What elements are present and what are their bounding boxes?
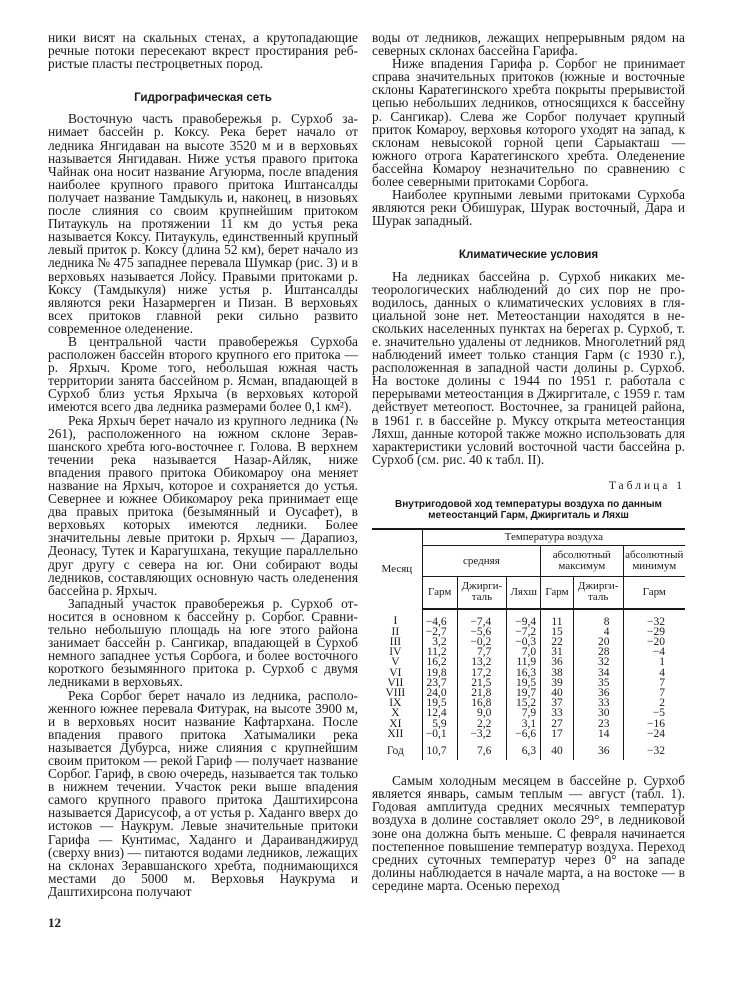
- cell-month: XII: [372, 729, 422, 739]
- paragraph: Река Сорбог берет начало из ледника, рас…: [48, 689, 358, 899]
- paragraph: Ниже впадения Гарифа р. Сорбог не приним…: [372, 57, 685, 188]
- paragraph: Самым холодным месяцем в бассейне р. Сур…: [372, 774, 685, 892]
- temperature-table: Месяц Температура воздуха средняя абсолю…: [372, 528, 685, 760]
- cell-mean-garm: 16,2: [422, 657, 457, 667]
- paragraph: Восточную часть правобережья р. Сурхоб з…: [48, 112, 358, 335]
- cell-mean-dzhirgital: 9,0: [457, 708, 507, 718]
- cell-max-garm: 17: [541, 729, 574, 739]
- cell-max-dzhirgital: 8: [573, 609, 623, 627]
- cell-min-garm: −5: [623, 708, 685, 718]
- cell-min-garm: −32: [623, 739, 685, 760]
- header-abs-max: абсолютный максимум: [541, 546, 623, 577]
- cell-min-garm: −24: [623, 729, 685, 739]
- cell-month: V: [372, 657, 422, 667]
- right-column: воды от ледников, лежащих непрерывным ря…: [372, 31, 685, 892]
- cell-mean-garm: 10,7: [422, 739, 457, 760]
- paragraph: Река Ярхыч берет начало из крупного ледн…: [48, 414, 358, 597]
- intro-paragraph: ники висят на скальных стенах, а крутопа…: [48, 31, 358, 70]
- header-dzhirgital: Джирги-таль: [457, 577, 507, 609]
- cell-min-garm: −4: [623, 647, 685, 657]
- paragraph: В центральной части правобережья Сурхоба…: [48, 335, 358, 414]
- cell-mean-lyakhsh: −9,4: [507, 609, 541, 627]
- header-abs-min: абсолютный минимум: [623, 546, 685, 577]
- paragraph: воды от ледников, лежащих непрерывным ря…: [372, 31, 685, 57]
- table-row: XII −0,1 −3,2 −6,6 17 14 −24: [372, 729, 685, 739]
- table-label: Таблица 1: [372, 480, 685, 493]
- cell-mean-dzhirgital: −7,4: [457, 609, 507, 627]
- cell-mean-lyakhsh: 7,9: [507, 708, 541, 718]
- paragraph: Наиболее крупными левыми притоками Сурхо…: [372, 188, 685, 227]
- cell-max-dzhirgital: 32: [573, 657, 623, 667]
- cell-min-garm: 4: [623, 668, 685, 678]
- cell-month: X: [372, 708, 422, 718]
- section-heading-climate: Климатические условия: [372, 248, 685, 261]
- header-lyakhsh: Ляхш: [507, 577, 541, 609]
- section-heading-hydrography: Гидрографическая сеть: [48, 91, 358, 104]
- cell-mean-lyakhsh: −6,6: [507, 729, 541, 739]
- cell-max-dzhirgital: 30: [573, 708, 623, 718]
- cell-max-dzhirgital: 14: [573, 729, 623, 739]
- header-air-temperature: Температура воздуха: [422, 529, 685, 546]
- table-title-line: метеостанций Гарм, Джиргиталь и Ляхш: [372, 510, 685, 521]
- left-column: ники висят на скальных стенах, а крутопа…: [48, 31, 358, 898]
- cell-max-garm: 40: [541, 739, 574, 760]
- table-row: V 16,2 13,2 11,9 36 32 1: [372, 657, 685, 667]
- page-number: 12: [48, 915, 61, 931]
- paragraph: Западный участок правобережья р. Сурхоб …: [48, 597, 358, 689]
- cell-min-garm: 7: [623, 688, 685, 698]
- header-month: Месяц: [372, 529, 422, 609]
- cell-mean-dzhirgital: 7,6: [457, 739, 507, 760]
- table-row: I −4,6 −7,4 −9,4 11 8 −32: [372, 609, 685, 627]
- cell-mean-garm: −0,1: [422, 729, 457, 739]
- cell-month: Год: [372, 739, 422, 760]
- header-garm: Гарм: [541, 577, 574, 609]
- header-garm: Гарм: [623, 577, 685, 609]
- header-mean: средняя: [422, 546, 540, 577]
- table-row: X 12,4 9,0 7,9 33 30 −5: [372, 708, 685, 718]
- table-row-year: Год 10,7 7,6 6,3 40 36 −32: [372, 739, 685, 760]
- cell-max-garm: 11: [541, 609, 574, 627]
- cell-mean-lyakhsh: 6,3: [507, 739, 541, 760]
- cell-max-garm: 33: [541, 708, 574, 718]
- cell-max-garm: 36: [541, 657, 574, 667]
- cell-mean-dzhirgital: 13,2: [457, 657, 507, 667]
- cell-min-garm: 1: [623, 657, 685, 667]
- header-garm: Гарм: [422, 577, 457, 609]
- cell-month: I: [372, 609, 422, 627]
- cell-mean-dzhirgital: −3,2: [457, 729, 507, 739]
- table-title-line: Внутригодовой ход температуры воздуха по…: [372, 499, 685, 510]
- cell-mean-garm: −4,6: [422, 609, 457, 627]
- cell-min-garm: 7: [623, 678, 685, 688]
- paragraph: На ледниках бассейна р. Сурхоб никаких м…: [372, 270, 685, 466]
- header-dzhirgital: Джирги-таль: [573, 577, 623, 609]
- cell-mean-garm: 12,4: [422, 708, 457, 718]
- cell-min-garm: −32: [623, 609, 685, 627]
- cell-max-dzhirgital: 36: [573, 739, 623, 760]
- cell-mean-lyakhsh: 11,9: [507, 657, 541, 667]
- table-title: Внутригодовой ход температуры воздуха по…: [372, 499, 685, 521]
